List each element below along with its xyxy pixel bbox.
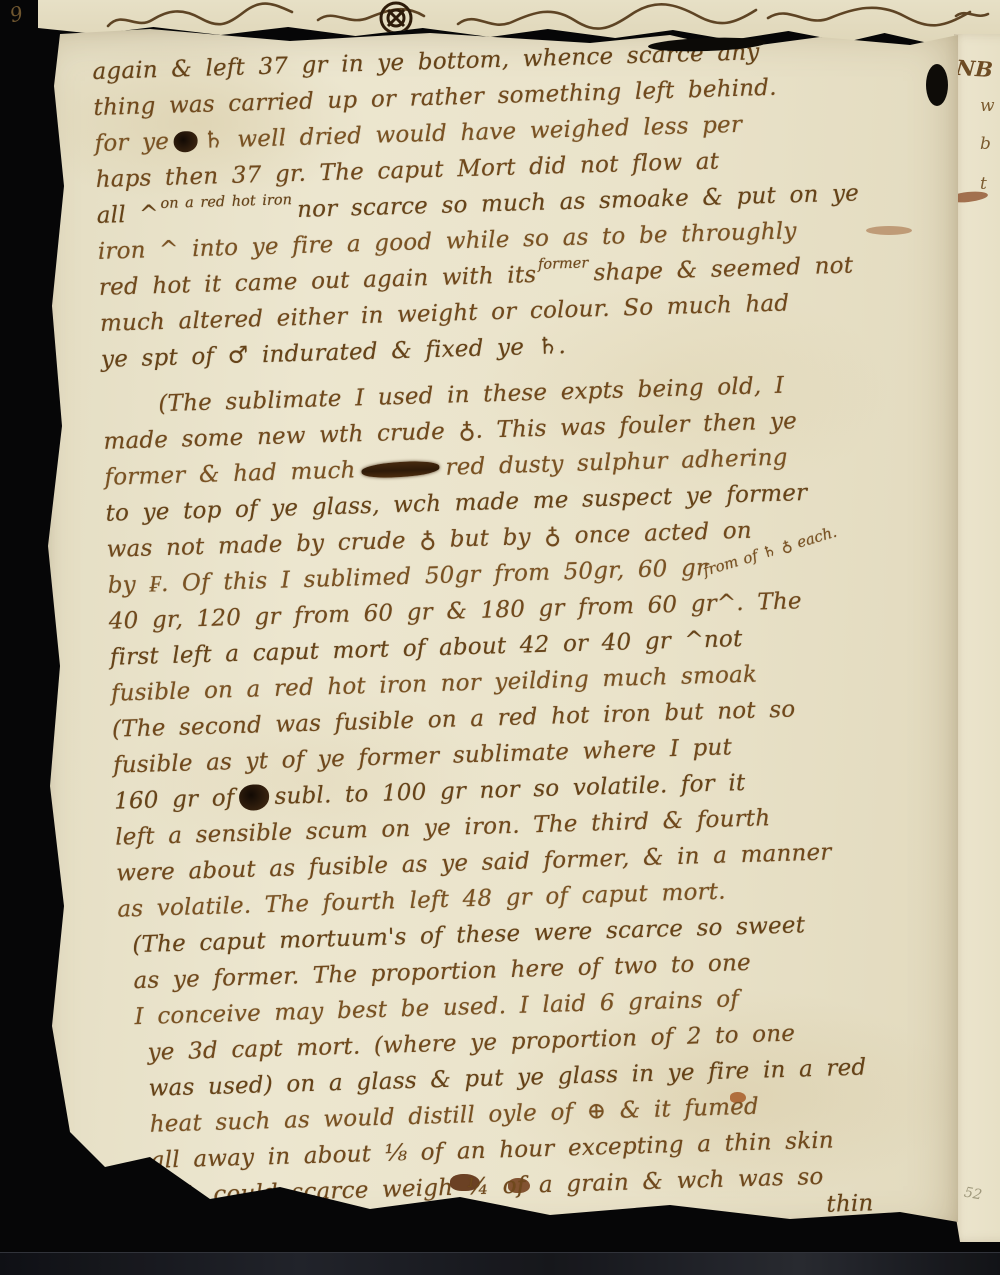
line-text: for ye: [94, 129, 169, 157]
page-number-mark: 52: [963, 1185, 983, 1204]
edge-letter-fragment: b: [980, 134, 991, 154]
page-leaf: again & left 37 gr in ye bottom, whence …: [30, 26, 958, 1241]
corner-mark: 9: [7, 1, 25, 27]
ink-blot: [174, 131, 199, 153]
seal-scribble: [381, 3, 411, 33]
line-text: red dusty sulphur adhering: [445, 445, 788, 481]
line-text: all ^: [96, 201, 159, 229]
line-text: ye spt of ♂ indurated & fixed ye ♄.: [101, 333, 567, 373]
ink-blot: [239, 784, 270, 811]
catchword: thin: [826, 1190, 874, 1217]
line-text: 160 gr of: [114, 785, 235, 815]
line-text: former & had much: [104, 457, 356, 490]
interlinear-insertion: on a red hot iron: [160, 182, 292, 222]
scribbled-out-word: [361, 460, 440, 480]
line-text: shape & seemed not: [593, 253, 853, 287]
scanner-bed-reflection: [0, 1252, 1000, 1275]
handwriting-block: again & left 37 gr in ye bottom, whence …: [92, 28, 989, 1243]
torn-edge-shadow: [926, 64, 948, 106]
edge-letter-fragment: w: [980, 96, 995, 116]
nota-bene-mark: NB: [955, 55, 994, 83]
interlinear-insertion: former: [537, 245, 588, 282]
manuscript-photo: 9 NB w b t 52: [0, 0, 1000, 1275]
